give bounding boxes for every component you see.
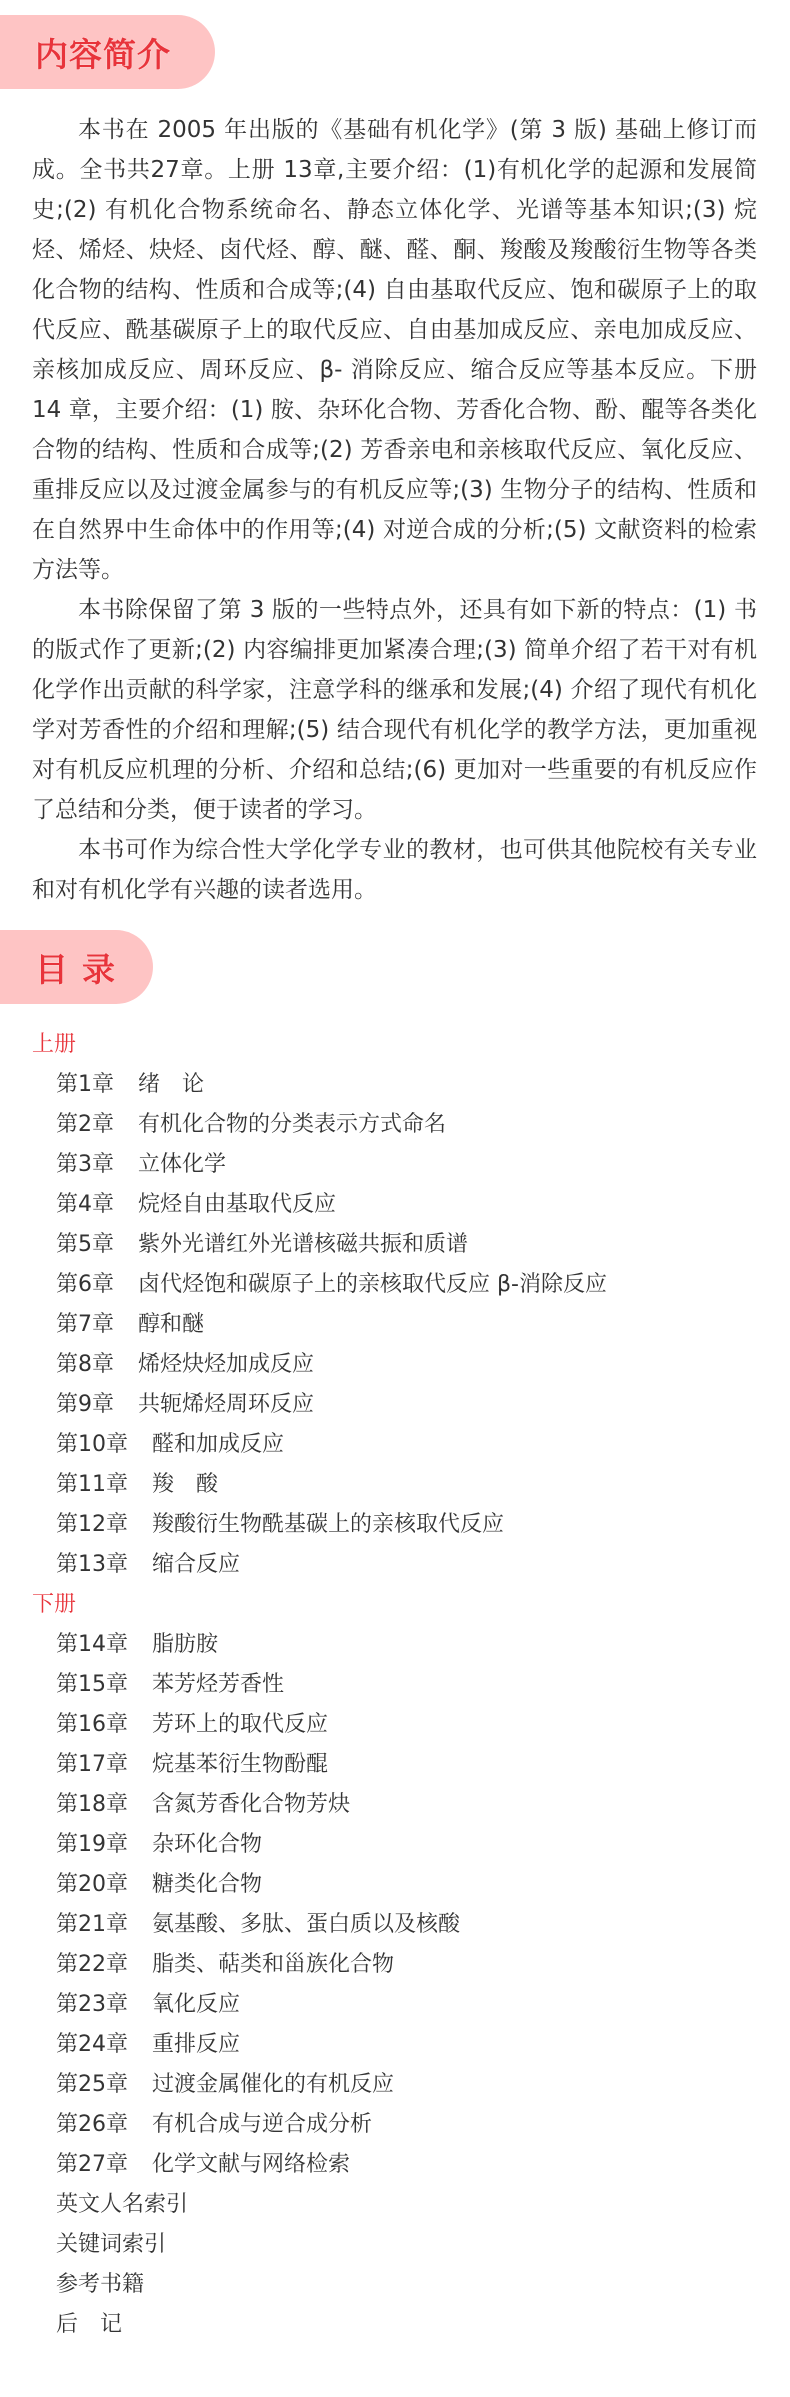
chapter-title: 含氮芳香化合物芳炔 [152,1792,350,1817]
chapter-number: 第16章 [56,1705,128,1745]
toc-chapter-22[interactable]: 第22章脂类、萜类和甾族化合物 [32,1945,772,1985]
toc-chapter-8[interactable]: 第8章烯烃炔烃加成反应 [32,1345,772,1385]
chapter-number: 第12章 [56,1505,128,1545]
toc-chapter-19[interactable]: 第19章杂环化合物 [32,1825,772,1865]
chapter-title: 羧 酸 [152,1472,218,1497]
chapter-number: 第6章 [56,1265,114,1305]
intro-body: 本书在 2005 年出版的《基础有机化学》(第 3 版) 基础上修订而成。全书共… [32,110,757,910]
chapter-number: 第3章 [56,1145,114,1185]
toc-chapter-12[interactable]: 第12章羧酸衍生物酰基碳上的亲核取代反应 [32,1505,772,1545]
chapter-number: 第26章 [56,2105,128,2145]
chapter-number: 第5章 [56,1225,114,1265]
toc-chapter-15[interactable]: 第15章苯芳烃芳香性 [32,1665,772,1705]
toc-appendix-keyword-index[interactable]: 关键词索引 [32,2225,772,2265]
toc-chapter-17[interactable]: 第17章烷基苯衍生物酚醌 [32,1745,772,1785]
intro-paragraph: 本书除保留了第 3 版的一些特点外，还具有如下新的特点：(1) 书的版式作了更新… [32,590,757,830]
chapter-title: 紫外光谱红外光谱核磁共振和质谱 [138,1232,468,1257]
chapter-number: 第10章 [56,1425,128,1465]
toc-chapter-26[interactable]: 第26章有机合成与逆合成分析 [32,2105,772,2145]
toc-appendix-name-index[interactable]: 英文人名索引 [32,2185,772,2225]
toc-chapter-14[interactable]: 第14章脂肪胺 [32,1625,772,1665]
toc-chapter-9[interactable]: 第9章共轭烯烃周环反应 [32,1385,772,1425]
chapter-number: 第1章 [56,1065,114,1105]
chapter-title: 卤代烃饱和碳原子上的亲核取代反应 β-消除反应 [138,1272,607,1297]
toc-chapter-1[interactable]: 第1章绪 论 [32,1065,772,1105]
toc-chapter-25[interactable]: 第25章过渡金属催化的有机反应 [32,2065,772,2105]
toc-chapter-24[interactable]: 第24章重排反应 [32,2025,772,2065]
toc-chapter-16[interactable]: 第16章芳环上的取代反应 [32,1705,772,1745]
chapter-number: 第9章 [56,1385,114,1425]
intro-section-heading: 内容简介 [0,15,215,89]
toc-chapter-11[interactable]: 第11章羧 酸 [32,1465,772,1505]
chapter-title: 脂类、萜类和甾族化合物 [152,1952,394,1977]
chapter-title: 过渡金属催化的有机反应 [152,2072,394,2097]
toc-chapter-23[interactable]: 第23章氧化反应 [32,1985,772,2025]
toc-appendix-afterword[interactable]: 后 记 [32,2305,772,2345]
chapter-number: 第11章 [56,1465,128,1505]
toc-chapter-20[interactable]: 第20章糖类化合物 [32,1865,772,1905]
chapter-number: 第4章 [56,1185,114,1225]
toc-section-title: 目录 [0,944,129,991]
toc-chapter-3[interactable]: 第3章立体化学 [32,1145,772,1185]
toc-chapter-5[interactable]: 第5章紫外光谱红外光谱核磁共振和质谱 [32,1225,772,1265]
chapter-title: 绪 论 [138,1072,204,1097]
intro-section-title: 内容简介 [0,29,171,76]
chapter-title: 重排反应 [152,2032,240,2057]
chapter-title: 苯芳烃芳香性 [152,1672,284,1697]
chapter-number: 第20章 [56,1865,128,1905]
chapter-title: 烷基苯衍生物酚醌 [152,1752,328,1777]
chapter-title: 烯烃炔烃加成反应 [138,1352,314,1377]
toc-appendix-references[interactable]: 参考书籍 [32,2265,772,2305]
toc-chapter-6[interactable]: 第6章卤代烃饱和碳原子上的亲核取代反应 β-消除反应 [32,1265,772,1305]
chapter-number: 第22章 [56,1945,128,1985]
chapter-title: 醇和醚 [138,1312,204,1337]
chapter-number: 第24章 [56,2025,128,2065]
chapter-number: 第14章 [56,1625,128,1665]
toc-chapter-13[interactable]: 第13章缩合反应 [32,1545,772,1585]
table-of-contents: 上册 第1章绪 论 第2章有机化合物的分类表示方式命名 第3章立体化学 第4章烷… [32,1025,772,2345]
volume-label-lower: 下册 [32,1585,772,1625]
chapter-title: 氧化反应 [152,1992,240,2017]
chapter-title: 醛和加成反应 [152,1432,284,1457]
toc-chapter-21[interactable]: 第21章氨基酸、多肽、蛋白质以及核酸 [32,1905,772,1945]
volume-label-upper: 上册 [32,1025,772,1065]
chapter-title: 化学文献与网络检索 [152,2152,350,2177]
chapter-number: 第8章 [56,1345,114,1385]
toc-chapter-10[interactable]: 第10章醛和加成反应 [32,1425,772,1465]
chapter-title: 共轭烯烃周环反应 [138,1392,314,1417]
toc-chapter-18[interactable]: 第18章含氮芳香化合物芳炔 [32,1785,772,1825]
toc-chapter-7[interactable]: 第7章醇和醚 [32,1305,772,1345]
chapter-number: 第13章 [56,1545,128,1585]
chapter-title: 有机化合物的分类表示方式命名 [138,1112,446,1137]
chapter-number: 第19章 [56,1825,128,1865]
chapter-title: 氨基酸、多肽、蛋白质以及核酸 [152,1912,460,1937]
toc-chapter-4[interactable]: 第4章烷烃自由基取代反应 [32,1185,772,1225]
chapter-number: 第2章 [56,1105,114,1145]
chapter-title: 缩合反应 [152,1552,240,1577]
toc-section-heading: 目录 [0,930,153,1004]
intro-paragraph: 本书可作为综合性大学化学专业的教材，也可供其他院校有关专业和对有机化学有兴趣的读… [32,830,757,910]
chapter-title: 立体化学 [138,1152,226,1177]
chapter-number: 第17章 [56,1745,128,1785]
chapter-number: 第18章 [56,1785,128,1825]
chapter-number: 第15章 [56,1665,128,1705]
chapter-number: 第23章 [56,1985,128,2025]
chapter-title: 有机合成与逆合成分析 [152,2112,372,2137]
chapter-title: 糖类化合物 [152,1872,262,1897]
chapter-title: 烷烃自由基取代反应 [138,1192,336,1217]
toc-chapter-2[interactable]: 第2章有机化合物的分类表示方式命名 [32,1105,772,1145]
chapter-title: 杂环化合物 [152,1832,262,1857]
chapter-number: 第21章 [56,1905,128,1945]
toc-chapter-27[interactable]: 第27章化学文献与网络检索 [32,2145,772,2185]
chapter-number: 第25章 [56,2065,128,2105]
chapter-title: 芳环上的取代反应 [152,1712,328,1737]
chapter-title: 羧酸衍生物酰基碳上的亲核取代反应 [152,1512,504,1537]
chapter-number: 第27章 [56,2145,128,2185]
chapter-title: 脂肪胺 [152,1632,218,1657]
chapter-number: 第7章 [56,1305,114,1345]
intro-paragraph: 本书在 2005 年出版的《基础有机化学》(第 3 版) 基础上修订而成。全书共… [32,110,757,590]
